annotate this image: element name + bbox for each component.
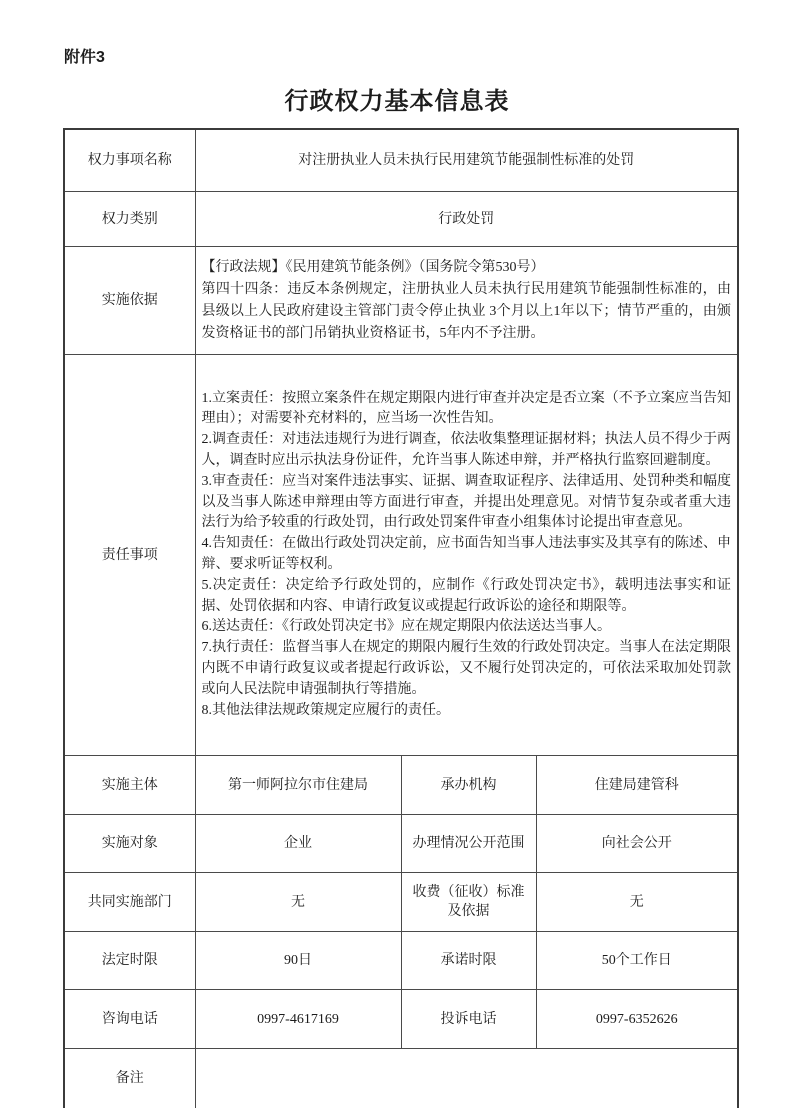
implementer-label: 实施主体 [64, 756, 195, 815]
table-row: 权力类别 行政处罚 [64, 192, 738, 247]
fee-value: 无 [536, 873, 738, 932]
promised-limit-label: 承诺时限 [401, 932, 536, 990]
complaint-phone-value: 0997-6352626 [536, 990, 738, 1049]
duty-item-6: 6.送达责任：《行政处罚决定书》应在规定期限内依法送达当事人。 [202, 617, 732, 638]
page-title: 行政权力基本信息表 [0, 88, 794, 116]
complaint-phone-label: 投诉电话 [401, 990, 536, 1049]
table-row: 法定时限 90日 承诺时限 50个工作日 [64, 932, 738, 990]
duty-item-8: 8.其他法律法规政策规定应履行的责任。 [202, 701, 732, 722]
consult-phone-value: 0997-4617169 [195, 990, 401, 1049]
info-table: 权力事项名称 对注册执业人员未执行民用建筑节能强制性标准的处罚 权力类别 行政处… [63, 128, 739, 1108]
duty-item-5: 5.决定责任：决定给予行政处罚的，应制作《行政处罚决定书》，载明违法事实和证据、… [202, 576, 732, 618]
basis-label: 实施依据 [64, 247, 195, 355]
basis-clause-text: 第四十四条：违反本条例规定，注册执业人员未执行民用建筑节能强制性标准的，由县级以… [202, 279, 732, 345]
table-row: 责任事项 1.立案责任：按照立案条件在规定期限内进行审查并决定是否立案（不予立案… [64, 355, 738, 756]
document-page: 附件3 行政权力基本信息表 权力事项名称 对注册执业人员未执行民用建筑节能强制性… [0, 0, 794, 1108]
legal-limit-value: 90日 [195, 932, 401, 990]
target-label: 实施对象 [64, 815, 195, 873]
duty-item-7: 7.执行责任：监督当事人在规定的期限内履行生效的行政处罚决定。当事人在法定期限内… [202, 638, 732, 700]
remarks-label: 备注 [64, 1049, 195, 1108]
undertaker-value: 住建局建管科 [536, 756, 738, 815]
item-name-value: 对注册执业人员未执行民用建筑节能强制性标准的处罚 [195, 129, 738, 192]
remarks-value [195, 1049, 738, 1108]
duty-item-3: 3.审查责任：应当对案件违法事实、证据、调查取证程序、法律适用、处罚种类和幅度以… [202, 472, 732, 534]
basis-source-line: 【行政法规】《民用建筑节能条例》（国务院令第530号） [202, 257, 732, 279]
disclosure-label: 办理情况公开范围 [401, 815, 536, 873]
undertaker-label: 承办机构 [401, 756, 536, 815]
duty-item-2: 2.调查责任：对违法违规行为进行调查，依法收集整理证据材料；执法人员不得少于两人… [202, 430, 732, 472]
table-row: 实施对象 企业 办理情况公开范围 向社会公开 [64, 815, 738, 873]
implementer-value: 第一师阿拉尔市住建局 [195, 756, 401, 815]
fee-label: 收费（征收）标准及依据 [401, 873, 536, 932]
duty-item-1: 1.立案责任：按照立案条件在规定期限内进行审查并决定是否立案（不予立案应当告知理… [202, 389, 732, 431]
duties-value: 1.立案责任：按照立案条件在规定期限内进行审查并决定是否立案（不予立案应当告知理… [195, 355, 738, 756]
table-row: 共同实施部门 无 收费（征收）标准及依据 无 [64, 873, 738, 932]
promised-limit-value: 50个工作日 [536, 932, 738, 990]
disclosure-value: 向社会公开 [536, 815, 738, 873]
table-row: 咨询电话 0997-4617169 投诉电话 0997-6352626 [64, 990, 738, 1049]
category-label: 权力类别 [64, 192, 195, 247]
item-name-label: 权力事项名称 [64, 129, 195, 192]
attachment-label: 附件3 [64, 48, 105, 68]
joint-dept-value: 无 [195, 873, 401, 932]
table-row: 实施依据 【行政法规】《民用建筑节能条例》（国务院令第530号） 第四十四条：违… [64, 247, 738, 355]
table-row: 备注 [64, 1049, 738, 1108]
basis-value: 【行政法规】《民用建筑节能条例》（国务院令第530号） 第四十四条：违反本条例规… [195, 247, 738, 355]
consult-phone-label: 咨询电话 [64, 990, 195, 1049]
table-row: 权力事项名称 对注册执业人员未执行民用建筑节能强制性标准的处罚 [64, 129, 738, 192]
category-value: 行政处罚 [195, 192, 738, 247]
target-value: 企业 [195, 815, 401, 873]
duties-label: 责任事项 [64, 355, 195, 756]
duty-item-4: 4.告知责任：在做出行政处罚决定前，应书面告知当事人违法事实及其享有的陈述、申辩… [202, 534, 732, 576]
joint-dept-label: 共同实施部门 [64, 873, 195, 932]
table-row: 实施主体 第一师阿拉尔市住建局 承办机构 住建局建管科 [64, 756, 738, 815]
legal-limit-label: 法定时限 [64, 932, 195, 990]
